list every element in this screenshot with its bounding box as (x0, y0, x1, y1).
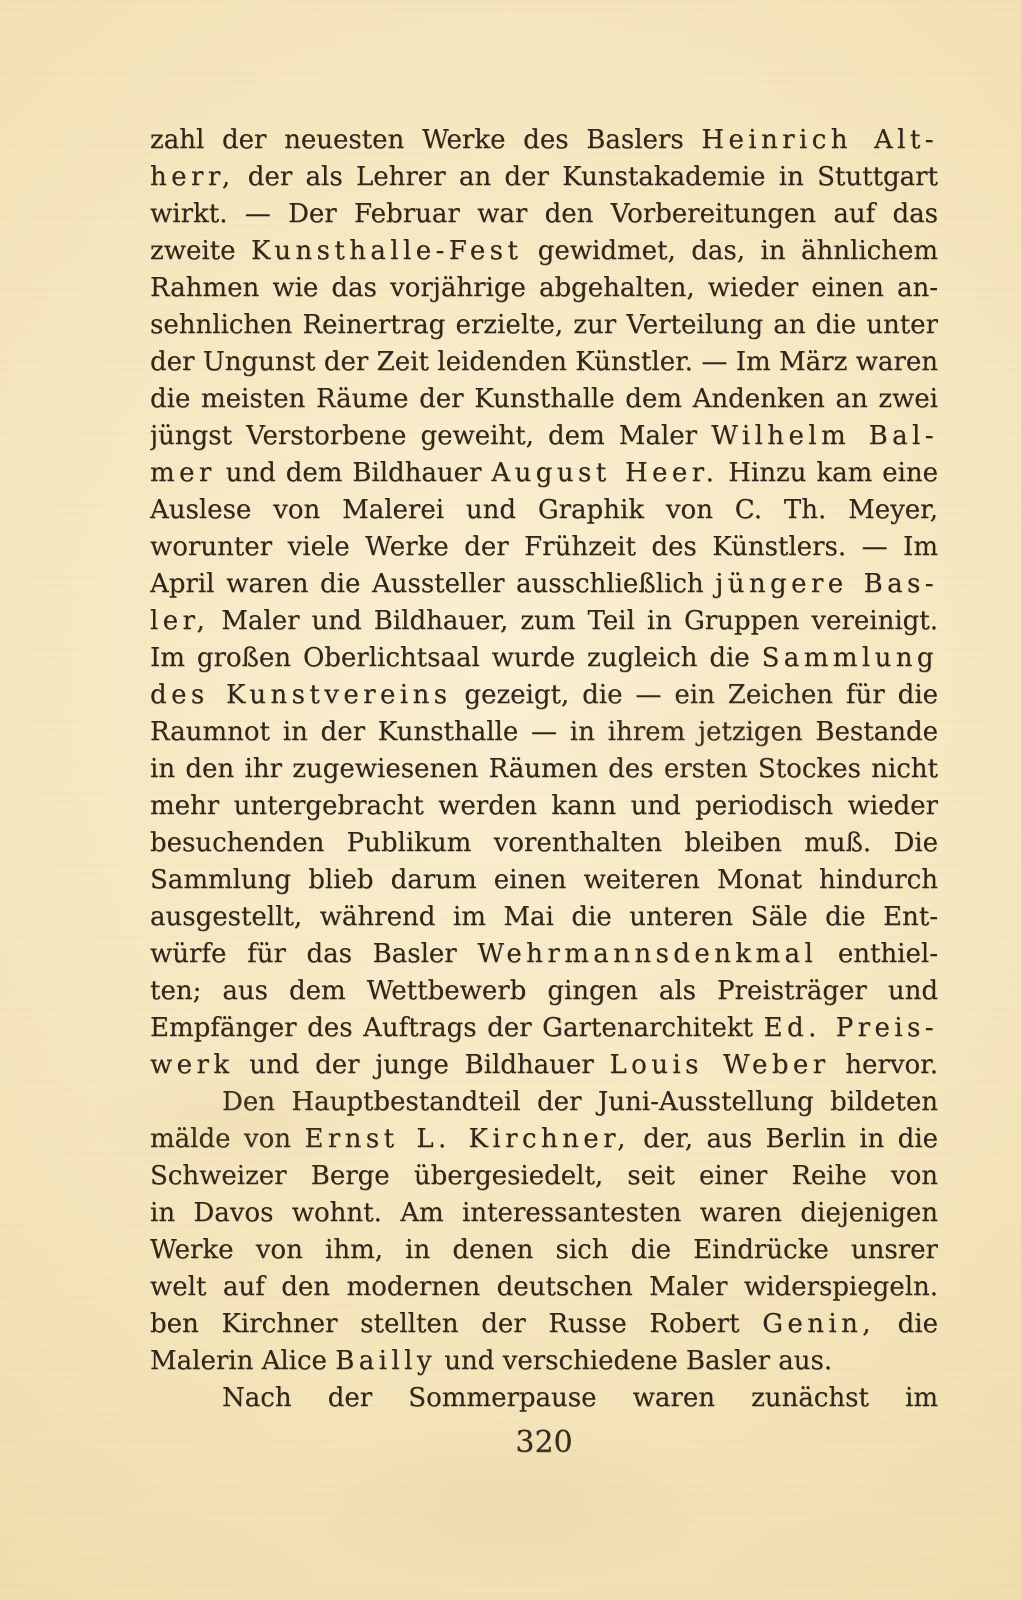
text-line: herr, der als Lehrer an der Kunstakademi… (150, 159, 938, 196)
text-segment: und dem Bildhauer (216, 458, 492, 488)
text-segment: Den Hauptbestandteil der Juni-Ausstellun… (222, 1087, 938, 1121)
text-segment: wirkt. — Der Februar war den Vorbereitun… (150, 199, 938, 229)
text-line: Nach der Sommerpause waren zunächst im S… (150, 1380, 938, 1417)
text-segment: würfe für das Basler (150, 939, 477, 969)
text-line: ausgestellt, während im Mai die unteren … (150, 899, 938, 936)
text-segment: Maler und Bildhauer, zum Teil in Gruppen… (209, 606, 938, 636)
text-segment: Auslese von Malerei und Graphik von C. T… (150, 495, 938, 525)
text-line: April waren die Aussteller ausschließlic… (150, 566, 938, 603)
text-segment: April waren die Aussteller ausschließlic… (150, 569, 715, 599)
text-segment: der Ungunst der Zeit leidenden Künstler.… (150, 347, 938, 377)
text-line: mer und dem Bildhauer August Heer. Hinzu… (150, 455, 938, 492)
text-line: Sammlung blieb darum einen weiteren Mona… (150, 862, 938, 899)
text-line: Auslese von Malerei und Graphik von C. T… (150, 492, 938, 529)
emphasized-text: August Heer. (491, 458, 718, 488)
text-line: ten; aus dem Wettbewerb gingen als Preis… (150, 973, 938, 1010)
text-line: welt auf den modernen deutschen Maler wi… (150, 1269, 938, 1306)
book-page: zahl der neuesten Werke des Baslers Hein… (0, 0, 1021, 1600)
text-segment: Im großen Oberlichtsaal wurde zugleich d… (150, 643, 762, 673)
text-segment: Werke von ihm, in denen sich die Eindrüc… (150, 1235, 938, 1269)
text-line: der Ungunst der Zeit leidenden Künstler.… (150, 344, 938, 381)
text-segment: welt auf den modernen deutschen Maler wi… (150, 1272, 938, 1306)
text-line: Im großen Oberlichtsaal wurde zugleich d… (150, 640, 938, 677)
text-segment: gewidmet, das, in ähnlichem (522, 236, 938, 266)
text-segment: Empfänger des Auftrags der Gartenarchite… (150, 1013, 764, 1043)
text-line: Schweizer Berge übergesiedelt, seit eine… (150, 1158, 938, 1195)
text-segment: ten; aus dem Wettbewerb gingen als Preis… (150, 976, 938, 1006)
text-line: worunter viele Werke der Frühzeit des Kü… (150, 529, 938, 566)
text-segment: Nach der Sommerpause waren zunächst im S… (222, 1383, 938, 1417)
text-segment: Rahmen wie das vorjährige abgehalten, wi… (150, 273, 938, 303)
text-line: Raumnot in der Kunsthalle — in ihrem jet… (150, 714, 938, 751)
text-line: ler, Maler und Bildhauer, zum Teil in Gr… (150, 603, 938, 640)
text-line: jüngst Verstorbene geweiht, dem Maler Wi… (150, 418, 938, 455)
text-line: zweite Kunsthalle-Fest gewidmet, das, in… (150, 233, 938, 270)
text-segment: Sammlung blieb darum einen weiteren Mona… (150, 865, 938, 895)
text-line: besuchenden Publikum vorenthalten bleibe… (150, 825, 938, 862)
text-segment: der, aus Berlin in die (630, 1124, 938, 1154)
text-line: Empfänger des Auftrags der Gartenarchite… (150, 1010, 938, 1047)
text-line: wirkt. — Der Februar war den Vorbereitun… (150, 196, 938, 233)
text-segment: die meisten Räume der Kunsthalle dem And… (150, 384, 938, 414)
text-segment: Schweizer Berge übergesiedelt, seit eine… (150, 1161, 938, 1195)
text-segment: mälde von (150, 1124, 304, 1154)
text-segment: zweite (150, 236, 251, 266)
text-segment: in den ihr zugewiesenen Räumen des erste… (150, 754, 938, 784)
page-number: 320 (150, 1424, 938, 1461)
text-line: in Davos wohnt. Am interessantesten ware… (150, 1195, 938, 1232)
text-segment: worunter viele Werke der Frühzeit des Kü… (150, 532, 938, 562)
text-line: Den Hauptbestandteil der Juni-Ausstellun… (150, 1084, 938, 1121)
emphasized-text: herr, (150, 162, 235, 192)
text-segment: und verschiedene Basler aus. (436, 1346, 832, 1376)
text-line: in den ihr zugewiesenen Räumen des erste… (150, 751, 938, 788)
emphasized-text: Genin, (762, 1309, 875, 1339)
text-segment: ausgestellt, während im Mai die unteren … (150, 902, 938, 932)
emphasized-text: Louis Weber (609, 1050, 829, 1080)
text-segment: zahl der neuesten Werke des Baslers (150, 125, 701, 155)
text-line: mehr untergebracht werden kann und perio… (150, 788, 938, 825)
emphasized-text: mer (150, 458, 216, 488)
emphasized-text: Sammlung (762, 643, 938, 673)
emphasized-text: werk (150, 1050, 234, 1080)
text-segment: jüngst Verstorbene geweiht, dem Maler (150, 421, 711, 451)
emphasized-text: Wilhelm Bal- (711, 421, 938, 451)
text-line: würfe für das Basler Wehrmannsdenkmal en… (150, 936, 938, 973)
text-line: sehnlichen Reinertrag erzielte, zur Vert… (150, 307, 938, 344)
text-segment: Raumnot in der Kunsthalle — in ihrem jet… (150, 717, 938, 747)
text-line: Werke von ihm, in denen sich die Eindrüc… (150, 1232, 938, 1269)
text-segment: Malerin Alice (150, 1346, 335, 1376)
emphasized-text: Wehrmannsdenkmal (477, 939, 817, 969)
text-segment: mehr untergebracht werden kann und perio… (150, 791, 938, 825)
text-line: werk und der junge Bildhauer Louis Weber… (150, 1047, 938, 1084)
emphasized-text: Ed. Preis- (764, 1013, 938, 1043)
emphasized-text: Bailly (335, 1346, 436, 1376)
text-line: Malerin Alice Bailly und verschiedene Ba… (150, 1343, 938, 1380)
text-segment: ben Kirchner stellten der Russe Robert (150, 1309, 762, 1339)
text-segment: hervor. (830, 1050, 938, 1080)
text-line: die meisten Räume der Kunsthalle dem And… (150, 381, 938, 418)
text-segment: besuchenden Publikum vorenthalten bleibe… (150, 828, 938, 858)
text-line: ben Kirchner stellten der Russe Robert G… (150, 1306, 938, 1343)
text-block: zahl der neuesten Werke des Baslers Hein… (150, 122, 938, 1417)
text-segment: in Davos wohnt. Am interessantesten ware… (150, 1198, 938, 1228)
text-line: Rahmen wie das vorjährige abgehalten, wi… (150, 270, 938, 307)
emphasized-text: Heinrich Alt- (701, 125, 938, 155)
text-segment: sehnlichen Reinertrag erzielte, zur Vert… (150, 310, 938, 340)
text-line: mälde von Ernst L. Kirchner, der, aus Be… (150, 1121, 938, 1158)
text-segment: und der junge Bildhauer (234, 1050, 610, 1080)
emphasized-text: Ernst L. Kirchner, (304, 1124, 629, 1154)
emphasized-text: Kunsthalle-Fest (251, 236, 522, 266)
text-segment: Hinzu kam eine (718, 458, 938, 488)
text-segment: der als Lehrer an der Kunstakademie in S… (235, 162, 939, 192)
emphasized-text: des Kunstvereins (150, 680, 451, 710)
emphasized-text: ler, (150, 606, 209, 636)
text-line: des Kunstvereins gezeigt, die — ein Zeic… (150, 677, 938, 714)
emphasized-text: jüngere Bas- (715, 569, 938, 599)
text-segment: gezeigt, die — ein Zeichen für die (451, 680, 938, 710)
text-line: zahl der neuesten Werke des Baslers Hein… (150, 122, 938, 159)
text-segment: enthiel- (817, 939, 938, 969)
